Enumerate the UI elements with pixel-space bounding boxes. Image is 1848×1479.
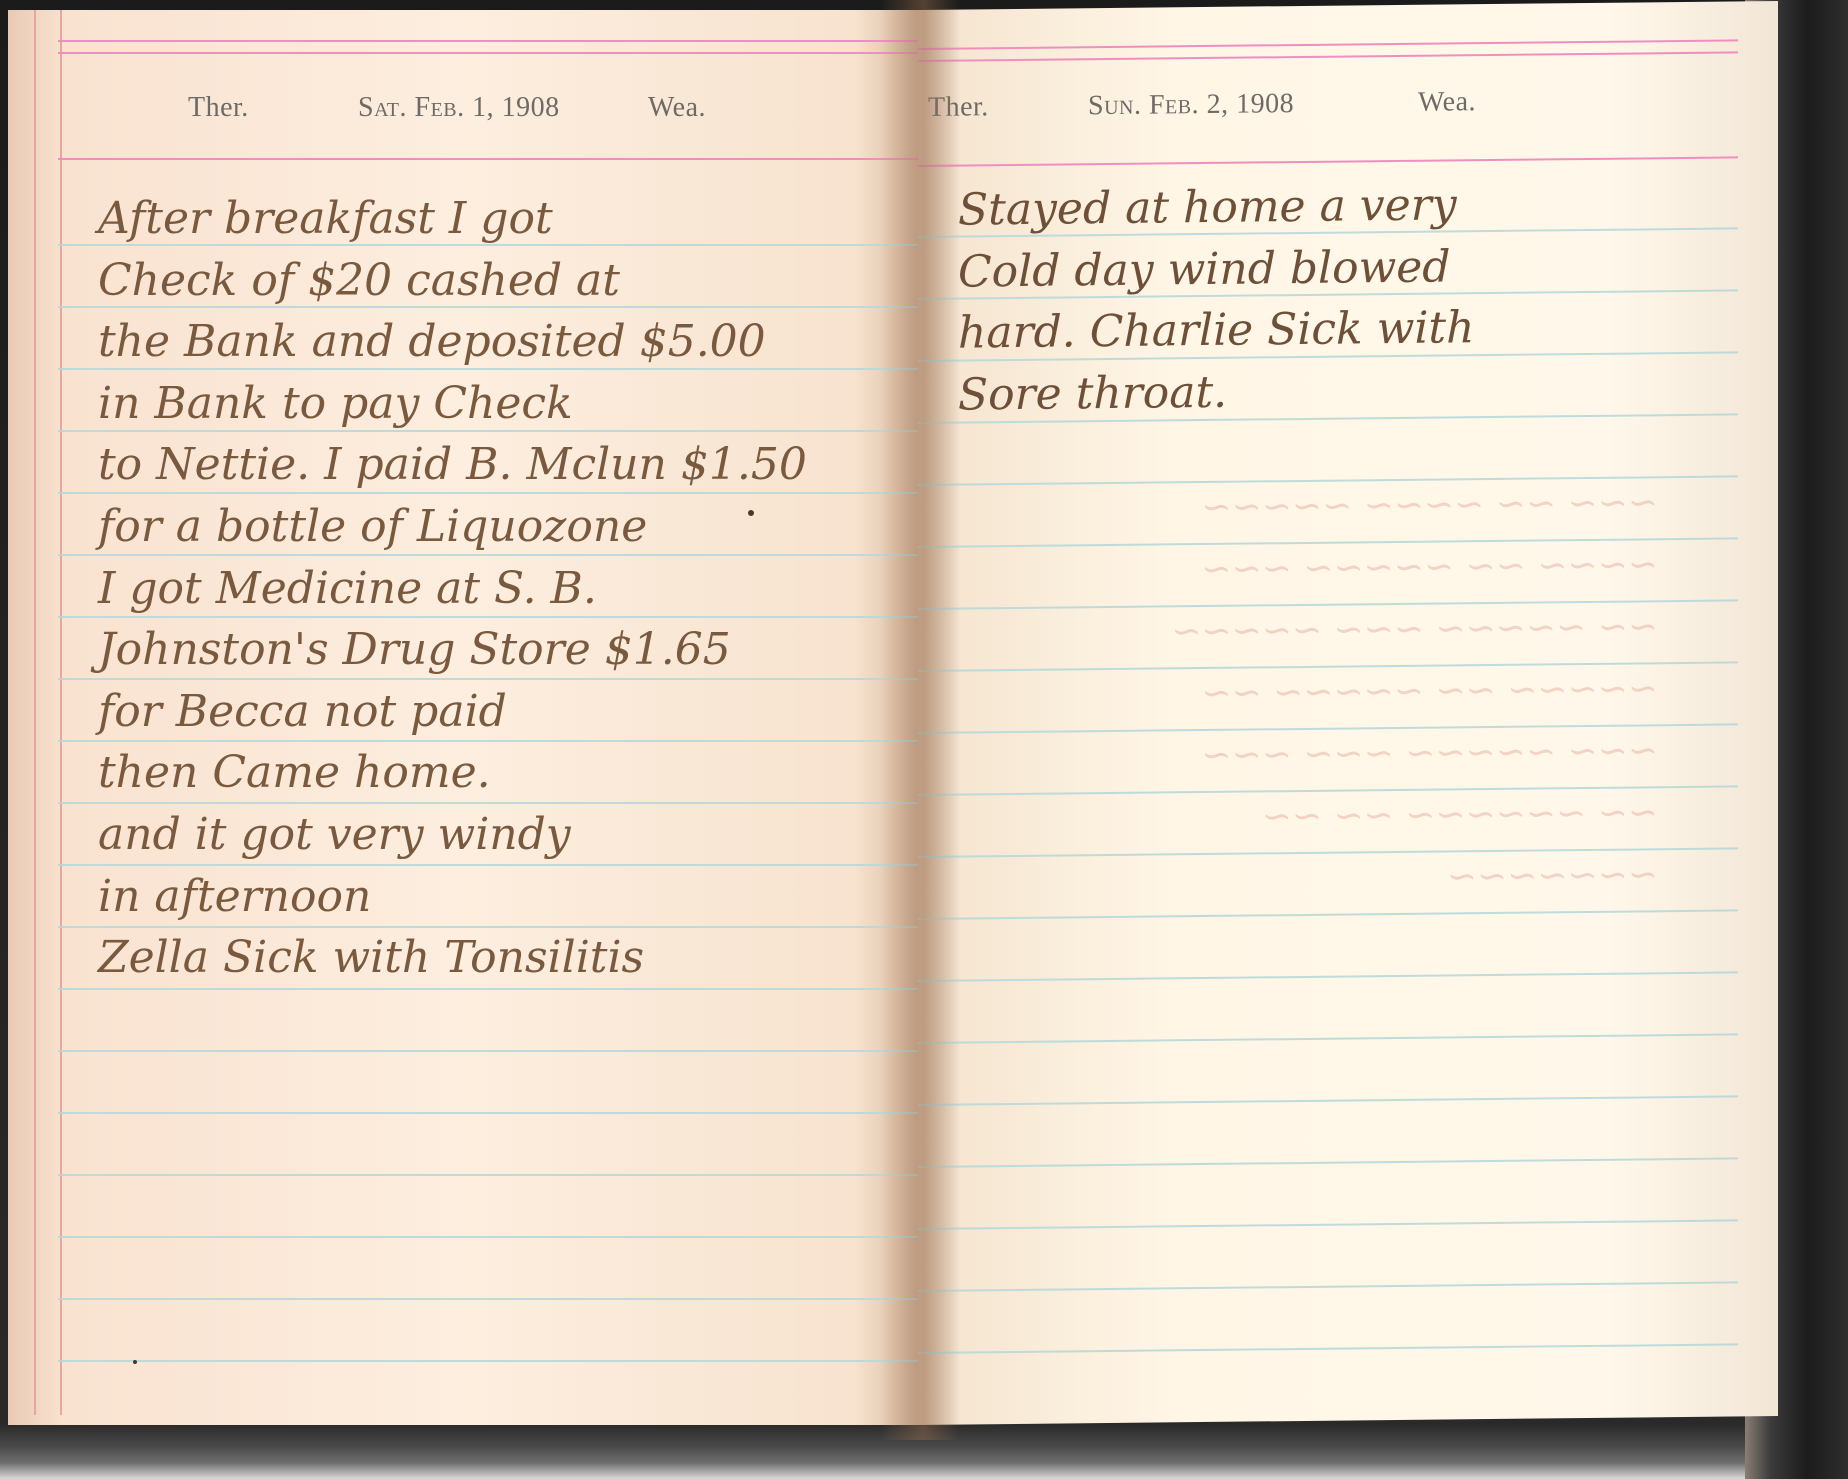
- entry-line: then Came home.: [98, 742, 858, 804]
- ruled-line: [918, 971, 1738, 982]
- bleed-line: ~~~ ~~ ~~~~ ~~~~~: [958, 472, 1658, 541]
- left-page: Ther. Sat. Feb. 1, 1908 Wea. After break…: [8, 10, 918, 1425]
- ruled-line: [918, 1343, 1738, 1354]
- ink-speck: [133, 1360, 137, 1364]
- bleed-line: ~~~~ ~~ ~~~~~ ~~~: [958, 534, 1658, 603]
- entry-line: hard. Charlie Sick with: [958, 295, 1698, 364]
- entry-line: Cold day wind blowed: [958, 233, 1698, 302]
- bleed-line: ~~ ~~~~~ ~~~ ~~~~~: [958, 596, 1658, 665]
- weather-label: Wea.: [648, 92, 706, 124]
- ruled-line: [918, 1095, 1738, 1106]
- ruled-line: [58, 1360, 918, 1362]
- entry-line: for a bottle of Liquozone: [98, 496, 858, 558]
- ink-bleed-through: ~~~ ~~ ~~~~ ~~~~~ ~~~~ ~~ ~~~~~ ~~~ ~~ ~…: [958, 472, 1658, 913]
- entry-line: in afternoon: [98, 866, 858, 928]
- left-page-header: Ther. Sat. Feb. 1, 1908 Wea.: [58, 92, 918, 132]
- entry-line: and it got very windy: [98, 804, 858, 866]
- right-page: Ther. Sun. Feb. 2, 1908 Wea. ~~~ ~~ ~~~~…: [918, 1, 1778, 1425]
- header-bottom-rule: [918, 156, 1738, 167]
- entry-line: to Nettie. I paid B. Mclun $1.50: [98, 434, 858, 496]
- top-double-rule-1: [918, 39, 1738, 50]
- bleed-line: ~~ ~~~~~~ ~~ ~~: [958, 782, 1658, 851]
- entry-line: Zella Sick with Tonsilitis: [98, 927, 858, 989]
- date-heading: Sun. Feb. 2, 1908: [1088, 88, 1294, 122]
- ruled-line: [58, 1174, 918, 1176]
- header-bottom-rule: [58, 158, 918, 160]
- diary-entry-feb-1: After breakfast I got Check of $20 cashe…: [98, 188, 858, 989]
- bleed-line: ~~~~~~~: [958, 844, 1658, 913]
- entry-line: for Becca not paid: [98, 681, 858, 743]
- entry-line: Stayed at home a very: [958, 172, 1698, 241]
- entry-line: Johnston's Drug Store $1.65: [98, 619, 858, 681]
- entry-line: Check of $20 cashed at: [98, 250, 858, 312]
- top-double-rule-2: [918, 51, 1738, 62]
- bleed-line: ~~~~~ ~~ ~~~~~ ~~: [958, 658, 1658, 727]
- thermometer-label: Ther.: [188, 92, 249, 124]
- top-double-rule-2: [58, 52, 918, 54]
- ruled-line: [58, 1298, 918, 1300]
- ruled-line: [918, 1157, 1738, 1168]
- entry-line: I got Medicine at S. B.: [98, 558, 858, 620]
- entry-line: in Bank to pay Check: [98, 373, 858, 435]
- right-page-header: Ther. Sun. Feb. 2, 1908 Wea.: [918, 83, 1778, 132]
- top-double-rule-1: [58, 40, 918, 42]
- ruled-line: [918, 1281, 1738, 1292]
- entry-line: the Bank and deposited $5.00: [98, 311, 858, 373]
- weather-label: Wea.: [1418, 86, 1476, 119]
- diary-entry-feb-2: Stayed at home a very Cold day wind blow…: [958, 172, 1698, 426]
- left-margin-rule-outer: [34, 10, 36, 1415]
- ruled-line: [58, 1112, 918, 1114]
- left-margin-rule-inner: [60, 10, 62, 1415]
- date-heading: Sat. Feb. 1, 1908: [358, 92, 560, 124]
- thermometer-label: Ther.: [928, 91, 989, 124]
- bleed-line: ~~~ ~~~~~ ~~~ ~~~: [958, 720, 1658, 789]
- ruled-line: [58, 1236, 918, 1238]
- ruled-line: [58, 1050, 918, 1052]
- ruled-line: [918, 1219, 1738, 1230]
- entry-line: Sore throat.: [958, 357, 1698, 426]
- ink-speck: [748, 510, 754, 516]
- ruled-line: [918, 1033, 1738, 1044]
- book-binding-bottom: [0, 1425, 1848, 1479]
- entry-line: After breakfast I got: [98, 188, 858, 250]
